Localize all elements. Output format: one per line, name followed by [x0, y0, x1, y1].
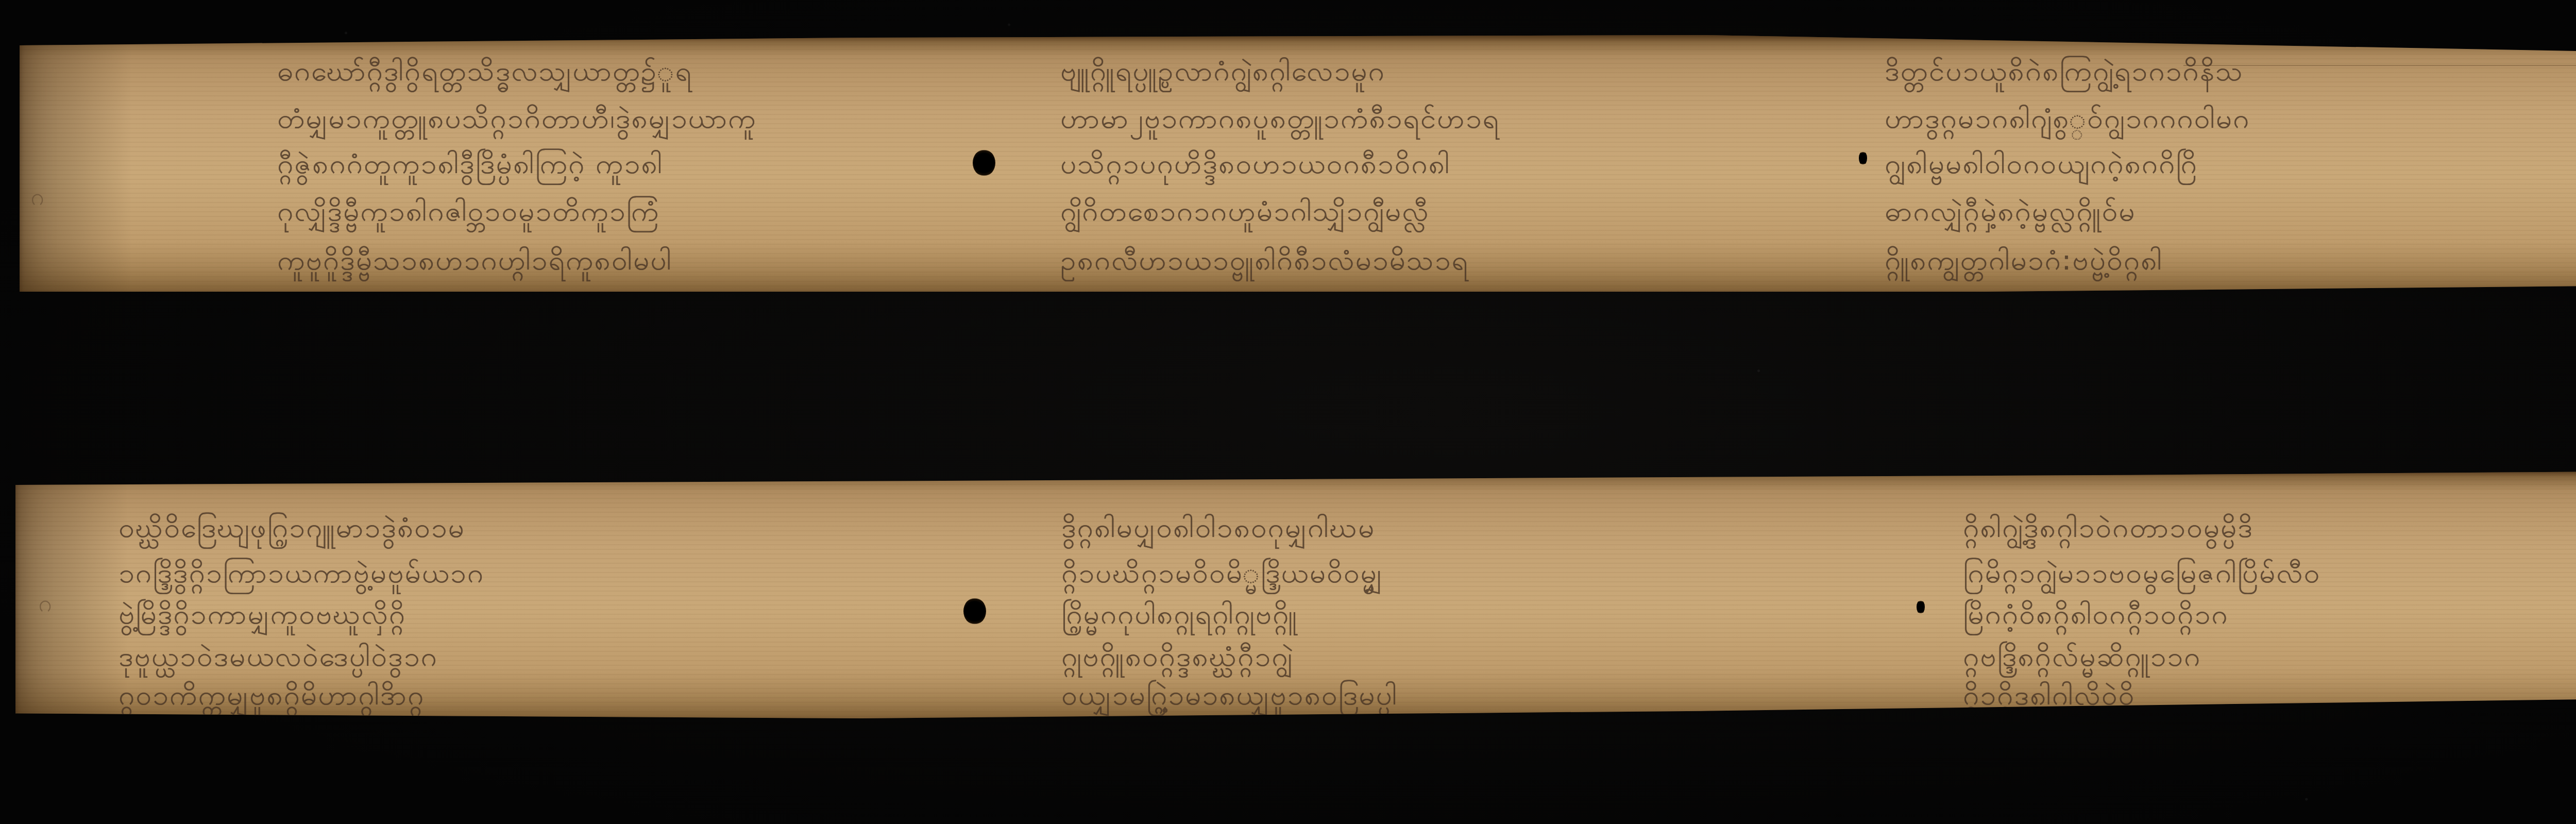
text-line: ဂ္ဂီဇွဲ၈ဂဂံတူကူ၁၈ါဒွီဒြိမ္ပံ၈ါကြဂဲ့ ကူ၁၈… — [277, 147, 663, 187]
palm-leaf-top: ဂ ဓဂဃော်ဂ္ဂီဒွါဂွိရတ္တသိဒ္ဓလသျှယာတ္တ၌ူရ … — [20, 35, 2576, 292]
text-line: ဟာဒွဂ္ဂမ၁ဂ၈ါဂျံ၈ွ္ဝ်ဂျွ၁ဂဂဂဝါမဂ — [1885, 102, 2250, 141]
text-line: ဂ္ဂိ၈ါဂျွဲ့ဒ္ဒိ၈ဂ္ဂါ၁ဝဲဂတာ၁၀မွမ္ပိဒိ — [1963, 511, 2253, 550]
text-line: ဂ္ဂဝ၁ကိက္ကမျှဗူ၈ဂ္ဂိမိဟာဂ္ဂါဒိာဂ္ဂ — [118, 679, 425, 718]
text-line: ပသိဂ္ဂ၁ပဂုဟိဒ္ဒိ၈၀ဟ၁ယဝဂ၈ီ၁ဝိဂ၈ါ — [1060, 147, 1450, 187]
leaf-bottom-column-1: ဝဃ္ဃိဝိဒြေဃျဖုဂ္ဂြ၁ဂျူမာ၁ဒွဲ၈ံ၀၁မ ၁ဂဒ္ဒြ… — [118, 470, 994, 718]
text-line: ဗွဲ့မြိဒ္ဒိဂွိ၁ကာမျှကူ၀ဗဃူလှိဂ္ဂိ — [118, 598, 406, 637]
text-line: ဂျွ၈ါမ္ဗမ၈ါ၀ါ၀ဂ၀ယျဂဂဲ့၈ဂဂိဂြိ — [1885, 147, 2198, 187]
string-hole — [1917, 600, 1925, 614]
text-line: ၁ဂဒ္ဒြိဒွိဂ္ဂိ၁ကြာ၁ယကာဗွဲ့မဗူမ်ယ၁ဂ — [118, 557, 484, 596]
text-line: ဂ္ဂုဗဂ္ဂိူ၈ဝဂ္ဂိဒ္ဒ၈ဃ္ဃံဂ္ဂီ၁ဂျွဲ — [1061, 640, 1293, 679]
string-hole — [963, 598, 986, 625]
margin-mark: ဂ — [39, 588, 52, 623]
text-line: ဝဃ္ဃိဝိဒြေဃျဖုဂ္ဂြ၁ဂျူမာ၁ဒွဲ၈ံ၀၁မ — [118, 511, 465, 550]
margin-mark: ဂ — [31, 182, 44, 216]
text-line: ဂ္ဂိ၁ပဃိဂ္ဂ၁မဝိဝမိ္မဒ္ဒြိယမဝိဝမ္မျှ — [1061, 557, 1383, 596]
text-line: ဟာမာ၂ဗူ၁ကာဂ၈ပူ၈တ္တူ၁ကံ၈ီ၁ရင်ဟ၁ရ — [1060, 102, 1500, 141]
text-line: ဒွိဂ္ဂ၈ါမပျှဝ၈ါဝါ၁၈၀ဂုမျှဂါဃမ — [1061, 511, 1375, 550]
text-line: ဂ္ဂဗဒ္ဒြိ၈ဂ္ဂိလ်မ္မဆိဂ္ဂူ၁၁ဂ — [1963, 640, 2201, 679]
text-line: ဗျူဂ္ဂိူရပ္ပူဥ္ပလာဂံဂျွဲ၈ဂ္ဂါလေ၁မူဂ — [1060, 55, 1385, 94]
leaf-top-column-3: ဒိတ္တင်ပ၁ယူ၈ိဂဲ၈ကြဂျွဲ့ရ၁ဂ၁ဂိနိသ ဟာဒွဂ္ဂ… — [1885, 35, 2576, 292]
text-line: ဂ္ဂြိမ္မဂဂုပါ၈ဂ္ဂုရဂ္ဂါဂ္ဂုဗဂ္ဂိူ — [1061, 598, 1298, 637]
leaf-bottom-column-2: ဒွိဂ္ဂ၈ါမပျှဝ၈ါဝါ၁၈၀ဂုမျှဂါဃမ ဂ္ဂိ၁ပဃိဂ္… — [1061, 470, 1834, 718]
leaf-bottom-column-3: ဂ္ဂိ၈ါဂျွဲ့ဒ္ဒိ၈ဂ္ဂါ၁ဝဲဂတာ၁၀မွမ္ပိဒိ ဂြမ… — [1963, 470, 2576, 718]
string-hole — [1859, 151, 1867, 165]
text-line: ဂျွိဂိတစေ၁ဂ၁ဂဟူမံ၁ဂါသျှိ၁ဂျွီမလ္လီ — [1060, 195, 1429, 234]
text-line: ဂုလျှိဒ္ဒိမ္ဗီကူ၁၈ါဂဇါဝ္ဘ၁ဝမူ၁တိကူ၁ကြံ — [277, 195, 659, 234]
text-line: ဂြမိဂ္ဂ၁ဂျွဲမ၁၁ဗ၀မွမြေဇဂါပြိမ်လီဝ — [1963, 557, 2320, 596]
leaf-top-column-2: ဗျူဂ္ဂိူရပ္ပူဥ္ပလာဂံဂျွဲ၈ဂ္ဂါလေ၁မူဂ ဟာမာ… — [1060, 35, 1807, 292]
text-line: ဝယျှ၁မဂ္ဂြဲ့၁မ၁၈ယျှဗူ၁၈ဝဒြမပ္ပါ — [1061, 679, 1398, 718]
text-line: ဒုဗူယ္ယ၁ဝဲဒမယလဝဲဒေပ္ပါဝဲဒွ၁ဂ — [118, 640, 438, 679]
text-line: ကူဗူဂိူဒ္ဒိမ္ဗီသ၁၈ဟ၁ဂဟ္ဂါ၁ရိကူ၈၀ါမပါ — [277, 244, 672, 283]
text-line: မြိဂဂံ့၀ိ၈ဂ္ဂိ၈ါဝဂဂ္ဂီ၁ဝဂ္ဂိ၁ဂ — [1963, 598, 2229, 637]
text-line: တံမျှမ၁ကူတ္တူ၈ပသိဂ္ဂ၁ဂိတာဟီ၊ဒွဲ၈မျှ၁ယာကူ — [277, 102, 757, 141]
text-line: ဓဂဃော်ဂ္ဂီဒွါဂွိရတ္တသိဒ္ဓလသျှယာတ္တ၌ူရ — [277, 55, 692, 94]
palm-leaf-bottom: ဂ ဝဃ္ဃိဝိဒြေဃျဖုဂ္ဂြ၁ဂျူမာ၁ဒွဲ၈ံ၀၁မ ၁ဂဒ္… — [15, 470, 2576, 718]
text-line: ဒိတ္တင်ပ၁ယူ၈ိဂဲ၈ကြဂျွဲ့ရ၁ဂ၁ဂိနိသ — [1885, 55, 2244, 94]
string-hole — [973, 149, 995, 176]
text-line: ဥ၈ဂလီဟ၁ယ၁ဝ္ဗူ၈ါဂိ၈ီ၁လံမ၁မိသ၁ရ — [1060, 244, 1469, 283]
leaf-top-column-1: ဓဂဃော်ဂ္ဂီဒွါဂွိရတ္တသိဒ္ဓလသျှယာတ္တ၌ူရ တံ… — [277, 35, 947, 292]
text-line: ဓာဂလျှဲဂ္ဂီမှဲ့၈ဂဲ့မ္ဗလ္လဂ္ဂိူဝ်မ — [1885, 195, 2136, 234]
text-line: ဂ္ဂိူ၈ကျွတ္တဂါမ၁ဂံ:ဗပ္ဗဲ့ဝိဂ္ဂ၈ါ — [1885, 244, 2163, 283]
